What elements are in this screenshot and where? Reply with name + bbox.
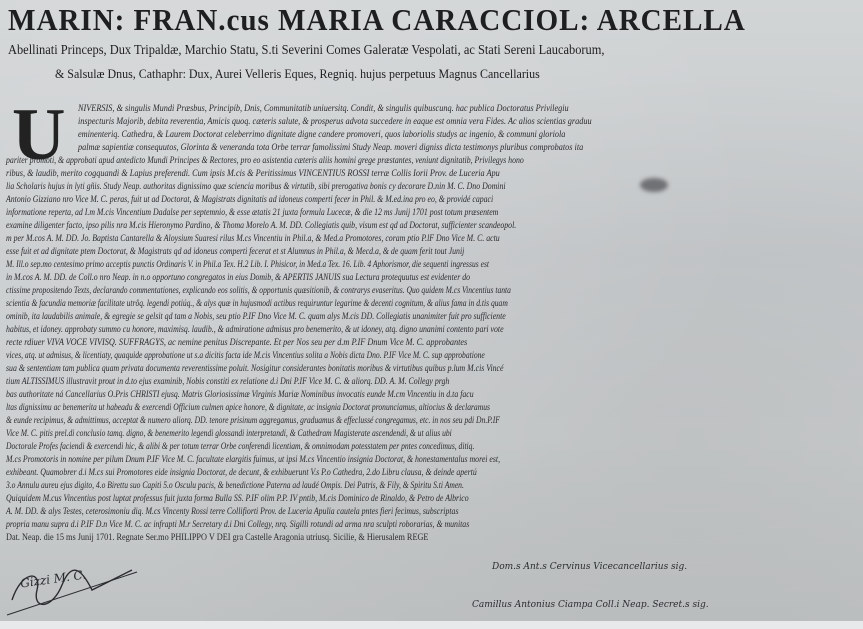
body-line: pariter promoti, & approbati apud antedi… bbox=[6, 155, 524, 167]
body-line: & eunde recipimus, & admittimus, accepta… bbox=[6, 415, 500, 427]
body-line: ominib, ita laudabilis animale, & egregi… bbox=[6, 311, 506, 323]
body-line: lia Scholaris hujus in lyti gñis. Study … bbox=[6, 181, 506, 193]
body-line: esse fuit et ad dignitate ptem Doctorat,… bbox=[6, 246, 464, 258]
body-line: Vice M. C. pitis prel.di conclusio tamq.… bbox=[6, 428, 452, 440]
body-line: Doctorale Profes faciendi & exercendi hi… bbox=[6, 441, 474, 453]
body-line: ribus, & laudib, merito cogquandi & Lapi… bbox=[6, 168, 500, 180]
photo-bottom-edge bbox=[0, 621, 863, 629]
document-sheet: MARIN: FRAN.cus MARIA CARACCIOL: ARCELLA… bbox=[0, 0, 863, 629]
body-line: recte rdiuer VIVA VOCE VIVISQ. SUFFRAGYS… bbox=[6, 337, 467, 349]
body-line-dated: Dat. Neap. die 15 ms Junij 1701. Regnate… bbox=[6, 532, 428, 544]
body-line: NIVERSIS, & singulis Mundi Præsbus, Prin… bbox=[78, 103, 569, 115]
body-line: propria manu supra d.i P.IF D.n Vice M. … bbox=[6, 519, 469, 531]
body-line: inspecturis Majorib, debita reverentia, … bbox=[78, 116, 592, 128]
signature-right-top: Dom.s Ant.s Cervinus Vicecancellarius si… bbox=[492, 562, 687, 572]
body-line: in M.cos A. M. DD. de Coll.o nro Neap. i… bbox=[6, 272, 470, 284]
body-line: ltas dignissimu ac benemerita ut habeadu… bbox=[6, 402, 490, 414]
ink-stain bbox=[640, 178, 668, 192]
body-line: bas authoritate ná Cancellarius O.Pris C… bbox=[6, 389, 474, 401]
body-line: examine diligenter facto, ipso pilis nra… bbox=[6, 220, 516, 232]
body-line: habitus, et idoney. approbaty summo cu h… bbox=[6, 324, 504, 336]
subtitle-line-2: & Salsulæ Dnus, Cathaphr: Dux, Aurei Vel… bbox=[55, 66, 540, 82]
body-line: scientia & facundia memoriæ facilitate u… bbox=[6, 298, 508, 310]
body-line: ctissime propositendo Texts, declarando … bbox=[6, 285, 511, 297]
body-line: Quiquidem M.cus Vincentius post luptat p… bbox=[6, 493, 469, 505]
body-line: vices, atq. ut admisus, & licentiaty, qu… bbox=[6, 350, 485, 362]
body-line: M.cs Promotoris in nomine per pilum Dnum… bbox=[6, 454, 500, 466]
body-line: A. M. DD. & alys Testes, ceterosimoniu d… bbox=[6, 506, 459, 518]
body-line: M. Ill.o sep.mo centesimo primo acceptis… bbox=[6, 259, 489, 271]
signature-right-bottom: Camillus Antonius Ciampa Coll.i Neap. Se… bbox=[472, 600, 709, 610]
subtitle-line-1: Abellinati Princeps, Dux Tripaldæ, March… bbox=[8, 42, 605, 58]
body-line: palmæ sapientiæ consequutos, Glorinta & … bbox=[78, 142, 583, 154]
body-line: Antonio Gizziano nro Vice M. C. peras, f… bbox=[6, 194, 493, 206]
body-line: 3.o Annulu aureu ejus digito, 4.o Birett… bbox=[6, 480, 464, 492]
body-line: eminenteriq. Cathedra, & Laurem Doctorat… bbox=[78, 129, 565, 141]
body-line: sua & sententiam tam publica quam privat… bbox=[6, 363, 503, 375]
body-line: tium ALTISSIMUS illustravit prout in d.t… bbox=[6, 376, 449, 388]
document-title: MARIN: FRAN.cus MARIA CARACCIOL: ARCELLA bbox=[8, 2, 807, 38]
body-line: informatione reperta, ad I.m M.cis Vince… bbox=[6, 207, 498, 219]
body-line: m per M.cos A. M. DD. Jo. Baptista Canta… bbox=[6, 233, 500, 245]
body-line: exhibeant. Quamobrer d.i M.cs sui Promot… bbox=[6, 467, 477, 479]
